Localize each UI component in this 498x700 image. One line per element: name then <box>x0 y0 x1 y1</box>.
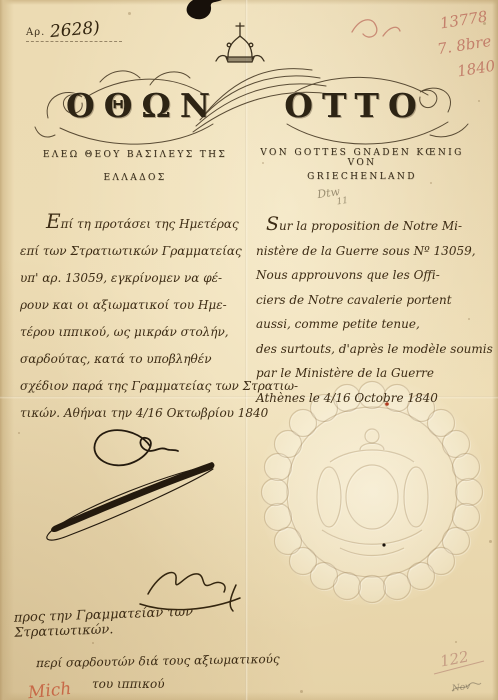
french-line: nistère de la Guerre sous Nº 13059, <box>256 239 494 264</box>
french-line: ciers de Notre cavalerie portent <box>256 288 494 313</box>
ink-blot <box>187 0 222 19</box>
french-line: aussi, comme petite tenue, <box>256 312 494 337</box>
french-line: par le Ministère de la Guerre <box>256 361 494 386</box>
subtitle-greek-2: ΕΛΛΑΔΟΣ <box>30 173 240 183</box>
greek-line: σαρδούτας, κατά το υποβληθέν <box>20 346 252 373</box>
pencil-note: Dtw 11 <box>317 185 349 211</box>
registry-underline <box>26 41 122 42</box>
registry-number: 2628) <box>50 18 101 42</box>
red-ink-fragment: Mich <box>27 679 72 700</box>
title-greek: ΟΘΩΝ <box>55 86 230 125</box>
greek-line: σχέδιον παρά της Γραμματείας των Στρατιω… <box>20 373 252 400</box>
french-line: Athènes le 4/16 Octobre 1840 <box>256 386 494 411</box>
greek-line: τέρου ιππικού, ως μικράν στολήν, <box>20 319 252 346</box>
pencil-note-line: 11 <box>336 196 349 208</box>
subtitle-german-1: VON GOTTES GNADEN KŒNIG VON <box>252 148 472 168</box>
greek-line: τικών. Αθήναι την 4/16 Οκτωβρίου 1840 <box>20 400 252 427</box>
greek-line: υπ' αρ. 13059, εγκρίνομεν να φέ- <box>20 265 252 292</box>
title-german: OTTO <box>275 86 435 125</box>
subject-line-2: του ιππικού <box>92 677 165 691</box>
registry-label: Αρ. <box>26 27 45 38</box>
subtitle-german-2: GRIECHENLAND <box>252 172 472 182</box>
royal-signature <box>47 430 215 540</box>
subtitle-greek-1: ΕΛΕΩ ΘΕΟΥ ΒΑΣΙΛΕΥΣ ΤΗΣ <box>30 150 240 160</box>
greek-line: ρουν και οι αξιωματικοί του Ημε- <box>20 292 252 319</box>
french-line: Nous approuvons que les Offi- <box>256 263 494 288</box>
greek-line: επί των Στρατιωτικών Γραμματείας <box>20 238 252 265</box>
crown-icon <box>216 23 264 62</box>
document-page: Αρ.2628) 13778 7. 8bre 1840 ΟΘΩΝ OTTO ΕΛ… <box>0 0 498 700</box>
french-line: Sur la proposition de Notre Mi- <box>256 212 494 239</box>
french-line: des surtouts, d'après le modèle soumis <box>256 337 494 362</box>
french-text-column: Sur la proposition de Notre Mi- nistère … <box>256 212 494 410</box>
black-speck <box>382 543 385 546</box>
greek-line: Επί τη προτάσει της Ημετέρας <box>20 208 252 238</box>
registry-number-block: Αρ.2628) <box>26 20 122 42</box>
greek-text-column: Επί τη προτάσει της Ημετέρας επί των Στρ… <box>20 208 252 427</box>
